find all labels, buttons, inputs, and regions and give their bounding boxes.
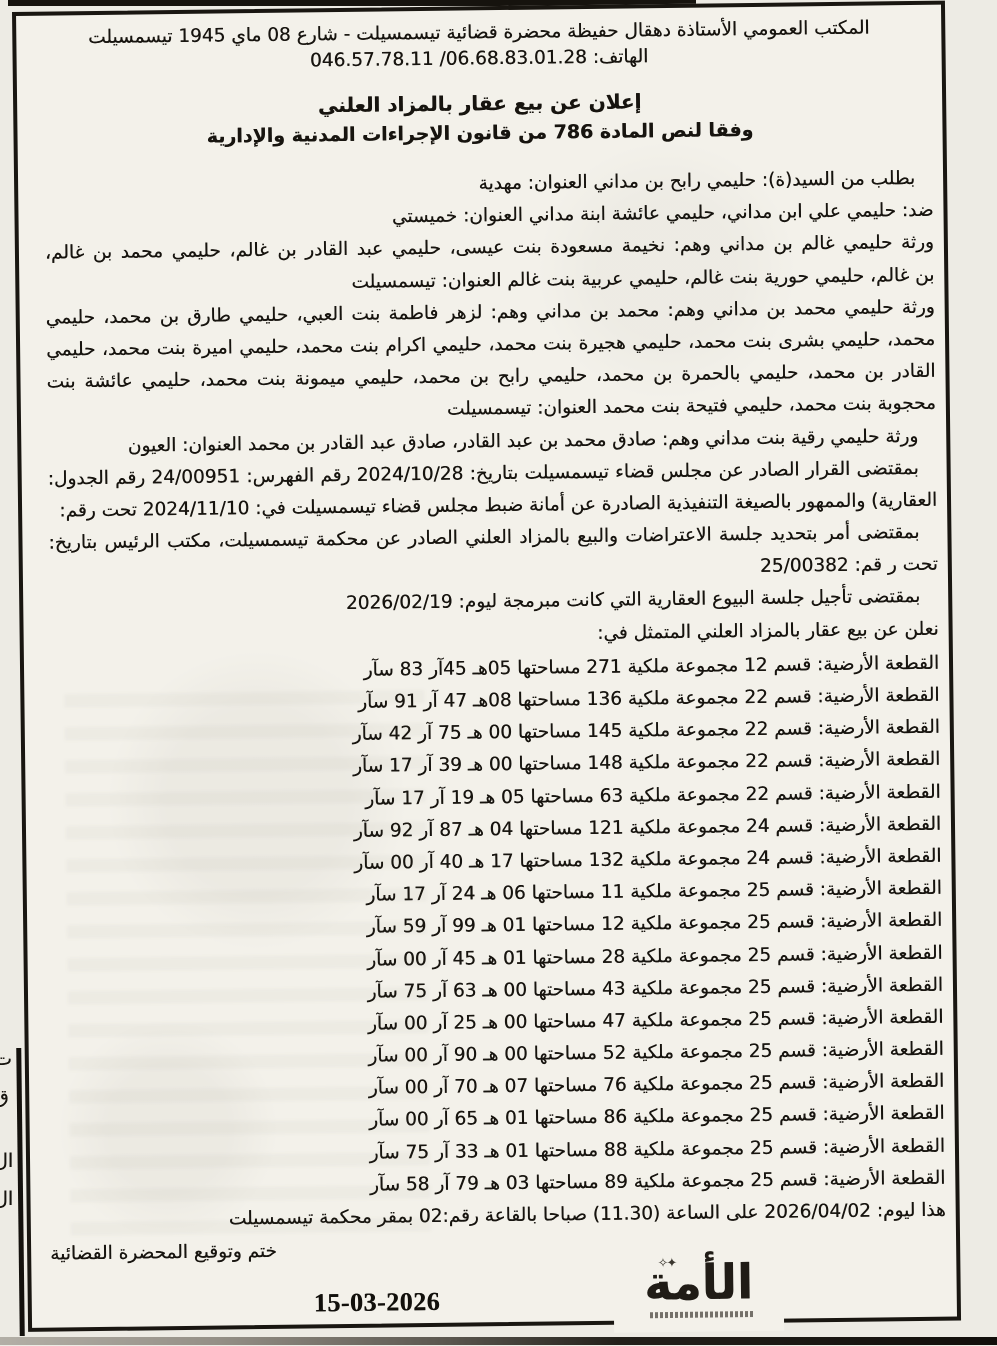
signature-line: ختم وتوقيع المحضرة القضائية — [50, 1241, 277, 1265]
newspaper-logo-text: الأمة — [613, 1256, 784, 1311]
notice-content: المكتب العمومي الأستاذة دهقال حفيظة محضر… — [16, 5, 957, 1328]
plots-list: القطعة الأرضية: قسم 12 مجموعة ملكية 271 … — [50, 648, 946, 1206]
phone-label: الهاتف: — [593, 46, 649, 68]
scanned-notice-page: ت ق ال ال المكتب العمومي الأستاذة دهقال … — [0, 0, 997, 1346]
logo-slogan-bar — [650, 1311, 754, 1318]
phone-numbers: 046.57.78.11 /06.68.83.01.28 — [310, 47, 587, 71]
margin-text-fragment: ت — [0, 1048, 12, 1070]
margin-text-fragment: ق — [0, 1086, 9, 1108]
notice-frame: المكتب العمومي الأستاذة دهقال حفيظة محضر… — [12, 1, 961, 1332]
margin-text-fragment: ال — [0, 1150, 13, 1172]
adjacent-column-border — [16, 1048, 25, 1336]
newspaper-logo: ✦✧ الأمة — [613, 1257, 784, 1333]
margin-text-fragment: ال — [0, 1188, 13, 1210]
scan-edge-bottom-bar — [0, 1337, 997, 1345]
publication-date: 15-03-2026 — [314, 1287, 454, 1319]
notice-body: بطلب من السيد(ة): حليمي رابح بن مداني ال… — [44, 163, 946, 1238]
